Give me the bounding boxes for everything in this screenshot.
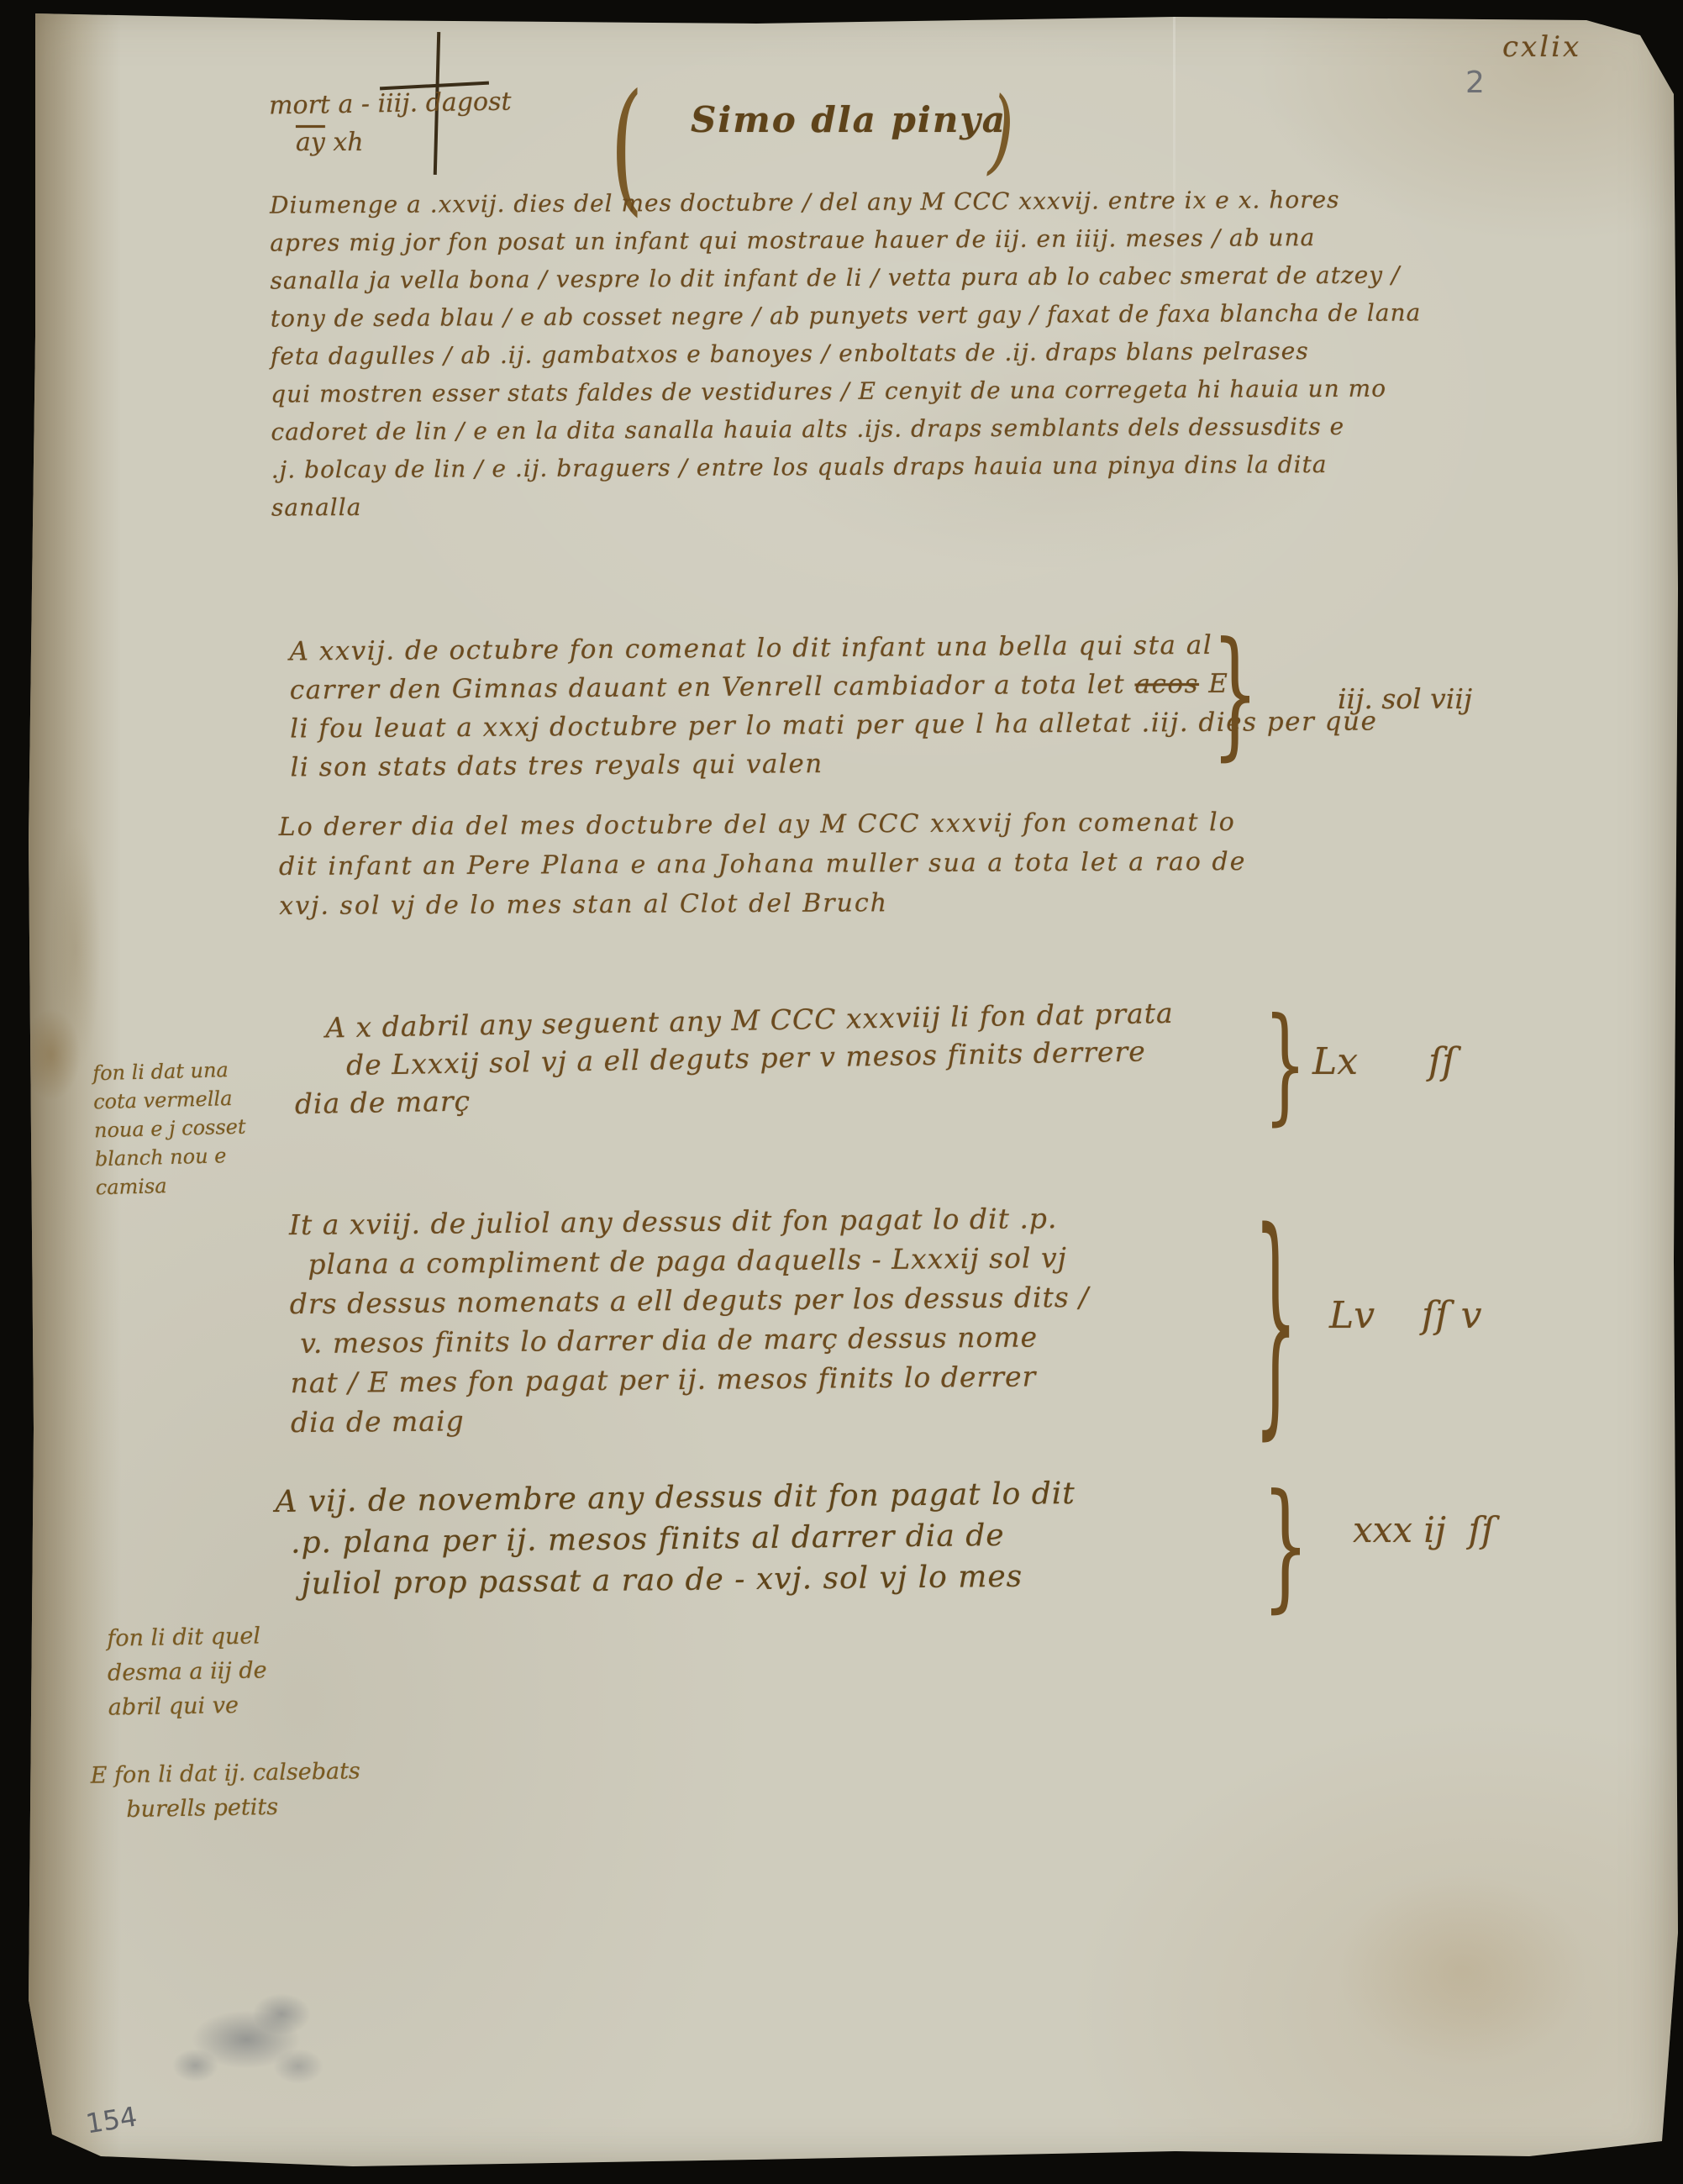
margin-note-line: noua e j cosset xyxy=(94,1113,246,1145)
margin-note-line: abril qui ve xyxy=(108,1687,267,1724)
payment2-line: xvj. sol vj de lo mes stan al Clot del B… xyxy=(279,881,1247,926)
margin-note-line: E fon li dat ij. calsebats xyxy=(90,1754,360,1793)
entry-line: .j. bolcay de lin / e .ij. braguers / en… xyxy=(271,445,1423,488)
payment5-amount: xxx ij ſſ xyxy=(1353,1509,1495,1550)
payment2-line: Lo derer dia del mes doctubre del ay M C… xyxy=(279,803,1247,847)
margin-note-line: fon li dat una xyxy=(92,1055,245,1088)
entry-paragraph: Diumenge a .xxvij. dies del mes doctubre… xyxy=(270,180,1423,526)
payment1-brace: } xyxy=(1212,624,1259,762)
entry-line: Diumenge a .xxvij. dies del mes doctubre… xyxy=(270,180,1421,224)
payment4-paragraph: It a xviij. de juliol any dessus dit fon… xyxy=(289,1198,1091,1442)
entry-line: qui mostren esser stats faldes de vestid… xyxy=(271,369,1422,413)
payment1-amount: iij. sol viij xyxy=(1338,682,1472,715)
payment2-line: dit infant an Pere Plana e ana Johana mu… xyxy=(279,842,1247,887)
payment1-line2-struck: acos xyxy=(1134,669,1199,700)
entry-line: sanalla ja vella bona / vespre lo dit in… xyxy=(270,255,1421,299)
payment2-paragraph: Lo derer dia del mes doctubre del ay M C… xyxy=(279,803,1247,926)
brown-foxing-stain xyxy=(1336,1874,1588,2067)
payment4-brace: } xyxy=(1254,1200,1298,1440)
payment4-line: v. mesos finits lo darrer dia de març de… xyxy=(300,1317,1090,1363)
infant-name-heading: Simo dla pinya xyxy=(691,99,1007,140)
payment4-line: drs dessus nomenats a ell deguts per los… xyxy=(290,1277,1090,1324)
graphite-smudge-stain xyxy=(172,2049,218,2082)
margin-note-line: camisa xyxy=(95,1170,247,1203)
graphite-smudge-stain xyxy=(273,2049,323,2084)
margin-note-clothing: fon li dat una cota vermella noua e j co… xyxy=(92,1055,248,1203)
entry-line: apres mig jor fon posat un infant qui mo… xyxy=(270,218,1421,261)
graphite-smudge-stain xyxy=(252,1993,311,2035)
obit-abbrev-rest: xh xyxy=(333,128,363,157)
manuscript-page: cxlix 2 mort a - iiij. dagost ay xh ( Si… xyxy=(0,0,1683,2184)
entry-line: sanalla xyxy=(271,482,1423,526)
archival-pencil-number: 154 xyxy=(83,2100,139,2139)
obit-note: mort a - iiij. dagost xyxy=(269,87,512,120)
pencil-page-number: 2 xyxy=(1465,66,1485,100)
payment3-amount: Lx ſſ xyxy=(1312,1040,1456,1083)
payment4-line: dia de maig xyxy=(291,1396,1091,1442)
folio-number: cxlix xyxy=(1502,30,1581,64)
obit-abbrev-overlined: ay xyxy=(296,128,325,157)
margin-note-line: fon li dit quel xyxy=(107,1618,266,1655)
margin-note-line: blanch nou e xyxy=(94,1141,246,1174)
payment5-brace: } xyxy=(1262,1476,1309,1614)
graphite-smudge-stain xyxy=(192,2010,301,2069)
photograph-background: cxlix 2 mort a - iiij. dagost ay xh ( Si… xyxy=(0,0,1683,2184)
payment4-line: plana a compliment de paga daquells - Lx… xyxy=(308,1238,1089,1284)
payment1-line2-pre: carrer den Gimnas dauant en Venrell camb… xyxy=(290,669,1135,705)
payment4-amount: Lv ſſ v xyxy=(1329,1294,1481,1337)
payment4-line: nat / E mes fon pagat per ij. mesos fini… xyxy=(290,1356,1090,1402)
entry-line: feta dagulles / ab .ij. gambatxos e bano… xyxy=(271,331,1422,375)
obit-note-line: mort a - iiij. dagost xyxy=(269,87,512,120)
payment4-line: It a xviij. de juliol any dessus dit fon… xyxy=(289,1198,1089,1245)
entry-line: cadoret de lin / e en la dita sanalla ha… xyxy=(271,407,1422,450)
payment3-paragraph: A x dabril any seguent any M CCC xxxviij… xyxy=(293,994,1175,1123)
payment3-brace: } xyxy=(1264,1002,1307,1128)
payment5-paragraph: A vij. de novembre any dessus dit fon pa… xyxy=(275,1473,1076,1605)
margin-note-gift: E fon li dat ij. calsebats burells petit… xyxy=(90,1754,361,1828)
obit-note-line2: ay xh xyxy=(296,128,364,157)
margin-note-line: desma a iij de xyxy=(108,1653,267,1690)
margin-note-line: cota vermella xyxy=(93,1084,245,1117)
margin-note-weaning: fon li dit quel desma a iij de abril qui… xyxy=(107,1618,268,1724)
payment5-line: juliol prop passat a rao de - xvj. sol v… xyxy=(301,1555,1076,1605)
margin-note-line: burells petits xyxy=(126,1788,361,1827)
entry-line: tony de seda blau / e ab cosset negre / … xyxy=(271,293,1422,337)
